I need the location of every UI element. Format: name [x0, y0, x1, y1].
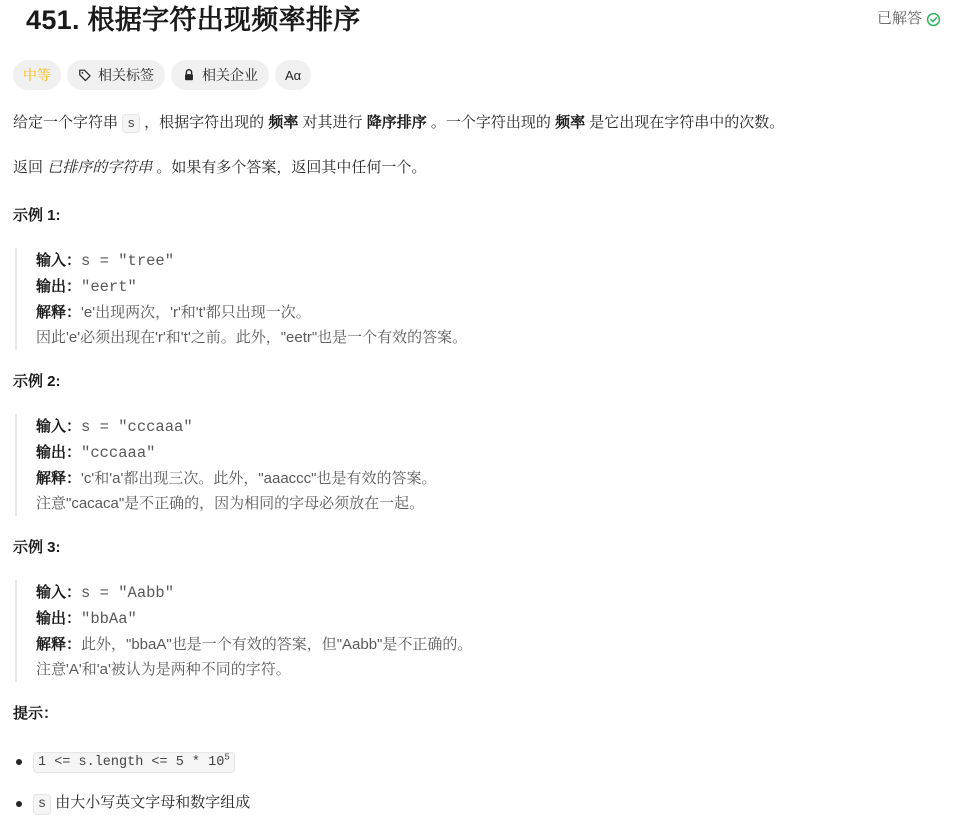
- text: ，根据字符出现的: [144, 114, 264, 131]
- example-explanation-cont: 注意'A'和'a'被认为是两种不同的字符。: [36, 657, 715, 682]
- text: 返回: [13, 159, 43, 176]
- explanation-label: 解释：: [36, 304, 81, 321]
- bold-text: 频率: [268, 114, 298, 131]
- difficulty-badge: 中等: [13, 60, 61, 90]
- tag-bar: 中等 相关标签 相关企业 Aα: [13, 60, 311, 90]
- inline-code: s: [33, 794, 51, 815]
- input-value: s = "tree": [81, 252, 174, 270]
- description-paragraph-2: 返回 已排序的字符串 。如果有多个答案，返回其中任何一个。: [13, 156, 426, 180]
- explanation-label: 解释：: [36, 470, 81, 487]
- inline-code: 1 <= s.length <= 5 * 105: [33, 752, 235, 773]
- problem-header: 451. 根据字符出现频率排序 已解答: [13, 0, 945, 44]
- example-explanation: 解释：此外，"bbaA"也是一个有效的答案，但"Aabb"是不正确的。: [36, 632, 715, 657]
- bold-text: 频率: [555, 114, 585, 131]
- constraints-title: 提示：: [13, 702, 58, 726]
- translate-icon: Aα: [285, 68, 301, 83]
- text: 。如果有多个答案，返回其中任何一个。: [156, 159, 426, 176]
- example-explanation: 解释：'e'出现两次，'r'和't'都只出现一次。: [36, 300, 715, 325]
- example-2-title: 示例 2:: [13, 370, 61, 394]
- related-tags-label: 相关标签: [98, 65, 154, 85]
- bold-text: 降序排序: [367, 114, 427, 131]
- example-3-block: 输入：s = "Aabb" 输出："bbAa" 解释：此外，"bbaA"也是一个…: [15, 580, 715, 682]
- input-value: s = "cccaaa": [81, 418, 193, 436]
- explanation-text: 'c'和'a'都出现三次。此外，"aaaccc"也是有效的答案。: [81, 470, 436, 487]
- constraint-item: s 由大小写英文字母和数字组成: [13, 790, 250, 818]
- text: 对其进行: [303, 114, 363, 131]
- problem-title: 451. 根据字符出现频率排序: [26, 2, 361, 38]
- example-output: 输出："bbAa": [36, 606, 715, 632]
- explanation-label: 解释：: [36, 636, 81, 653]
- text: 是它出现在字符串中的次数。: [589, 114, 784, 131]
- output-label: 输出：: [36, 444, 81, 461]
- example-explanation-cont: 因此'e'必须出现在'r'和't'之前。此外，"eetr"也是一个有效的答案。: [36, 325, 715, 350]
- example-1-title: 示例 1:: [13, 204, 61, 228]
- output-value: "eert": [81, 278, 137, 296]
- output-value: "cccaaa": [81, 444, 155, 462]
- lock-icon: [182, 68, 196, 82]
- constraints-list: 1 <= s.length <= 5 * 105 s 由大小写英文字母和数字组成: [13, 748, 250, 818]
- output-label: 输出：: [36, 610, 81, 627]
- example-input: 输入：s = "tree": [36, 248, 715, 274]
- italic-text: 已排序的字符串: [47, 159, 152, 176]
- inline-code: s: [122, 114, 140, 133]
- code-text: 1 <= s.length <= 5 * 10: [38, 755, 224, 770]
- check-circle-icon: [926, 12, 941, 27]
- input-label: 输入：: [36, 418, 81, 435]
- example-1-block: 输入：s = "tree" 输出："eert" 解释：'e'出现两次，'r'和'…: [15, 248, 715, 350]
- example-output: 输出："eert": [36, 274, 715, 300]
- description-paragraph-1: 给定一个字符串 s ，根据字符出现的 频率 对其进行 降序排序 。一个字符出现的…: [13, 111, 784, 136]
- tag-icon: [78, 68, 92, 82]
- related-companies-label: 相关企业: [202, 65, 258, 85]
- example-output: 输出："cccaaa": [36, 440, 715, 466]
- solved-status: 已解答: [877, 9, 941, 29]
- constraint-item: 1 <= s.length <= 5 * 105: [13, 748, 250, 776]
- explanation-text: 此外，"bbaA"也是一个有效的答案，但"Aabb"是不正确的。: [81, 636, 472, 653]
- input-value: s = "Aabb": [81, 584, 174, 602]
- output-label: 输出：: [36, 278, 81, 295]
- constraint-text: 由大小写英文字母和数字组成: [55, 794, 250, 811]
- solved-label: 已解答: [877, 9, 922, 29]
- explanation-text: 'e'出现两次，'r'和't'都只出现一次。: [81, 304, 311, 321]
- superscript: 5: [224, 753, 229, 763]
- input-label: 输入：: [36, 584, 81, 601]
- problem-page: 451. 根据字符出现频率排序 已解答 中等 相关标签 相关企业: [0, 0, 958, 819]
- example-explanation: 解释：'c'和'a'都出现三次。此外，"aaaccc"也是有效的答案。: [36, 466, 715, 491]
- difficulty-label: 中等: [23, 65, 51, 85]
- example-explanation-cont: 注意"cacaca"是不正确的，因为相同的字母必须放在一起。: [36, 491, 715, 516]
- example-input: 输入：s = "cccaaa": [36, 414, 715, 440]
- related-companies-button[interactable]: 相关企业: [171, 60, 269, 90]
- text: 给定一个字符串: [13, 114, 118, 131]
- text: 。一个字符出现的: [431, 114, 551, 131]
- translate-button[interactable]: Aα: [275, 60, 311, 90]
- example-input: 输入：s = "Aabb": [36, 580, 715, 606]
- input-label: 输入：: [36, 252, 81, 269]
- example-3-title: 示例 3:: [13, 536, 61, 560]
- related-tags-button[interactable]: 相关标签: [67, 60, 165, 90]
- example-2-block: 输入：s = "cccaaa" 输出："cccaaa" 解释：'c'和'a'都出…: [15, 414, 715, 516]
- output-value: "bbAa": [81, 610, 137, 628]
